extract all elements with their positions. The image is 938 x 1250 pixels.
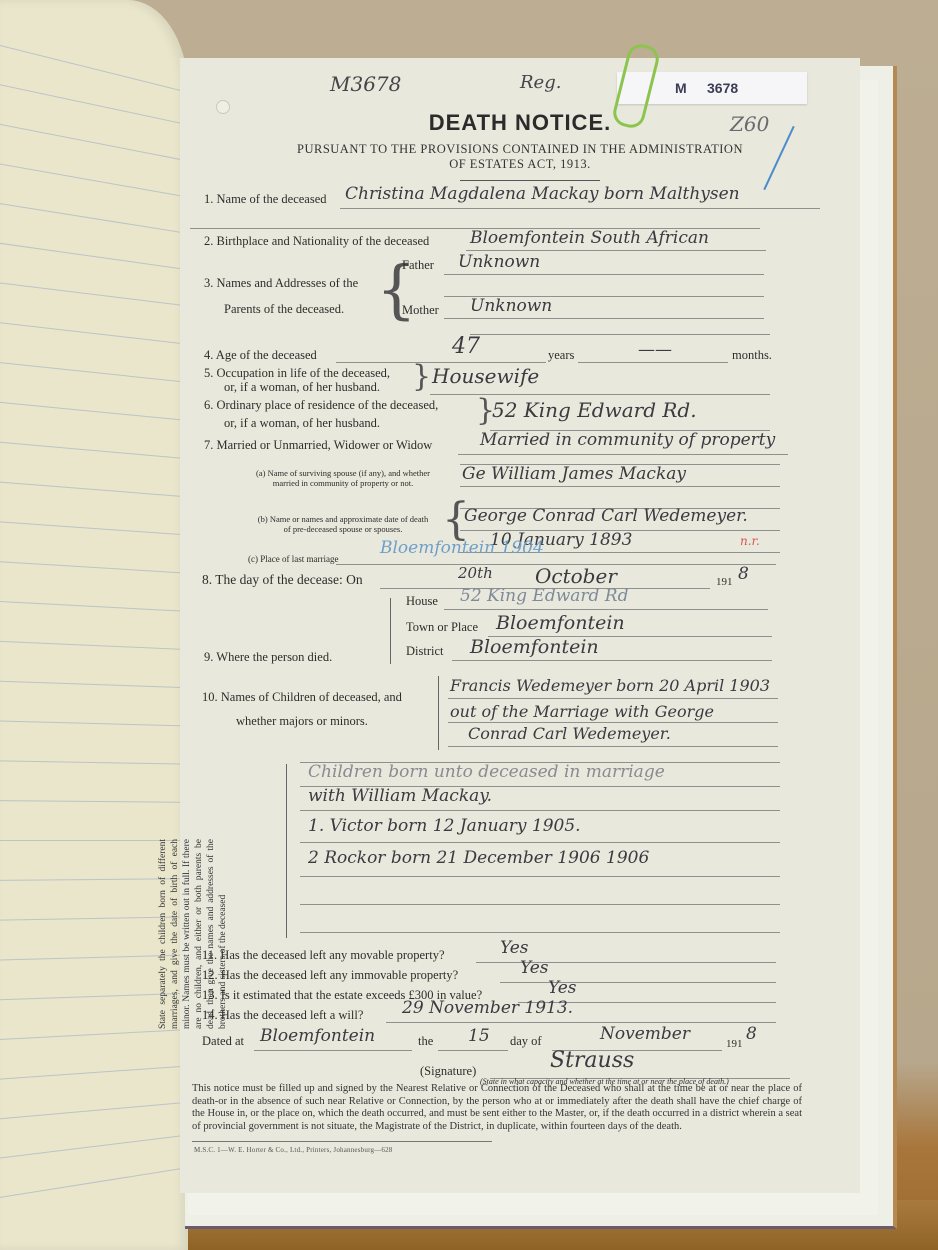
field-7-value[interactable]: Married in community of property xyxy=(480,430,775,450)
field-14-label: 14. Has the deceased left a will? xyxy=(202,1008,363,1023)
field-7c-label: (c) Place of last marriage xyxy=(248,554,338,564)
field-9-bracket xyxy=(390,598,391,664)
mother-label: Mother xyxy=(402,303,439,318)
field-12-label: 12. Has the deceased left any immovable … xyxy=(202,968,458,983)
field-14-line xyxy=(386,1022,776,1023)
field-10-value-line-1[interactable]: Francis Wedemeyer born 20 April 1903 xyxy=(450,676,770,695)
field-3-label-line-2: Parents of the deceased. xyxy=(224,302,344,317)
children-rule-4 xyxy=(300,876,780,877)
field-6-label-line-1: 6. Ordinary place of residence of the de… xyxy=(204,398,438,413)
field-2-label: 2. Birthplace and Nationality of the dec… xyxy=(204,234,429,249)
field-2-value[interactable]: Bloemfontein South African xyxy=(470,228,709,248)
field-4-label: 4. Age of the deceased xyxy=(204,348,317,363)
dated-year-suffix[interactable]: 8 xyxy=(746,1024,757,1044)
field-1-label: 1. Name of the deceased xyxy=(204,192,327,207)
dated-place-line xyxy=(254,1050,412,1051)
dated-place-value[interactable]: Bloemfontein xyxy=(260,1026,375,1046)
field-7a-label-line-1: (a) Name of surviving spouse (if any), a… xyxy=(248,468,438,478)
field-7a-label-line-2: married in community of property or not. xyxy=(248,478,438,488)
children-line-4[interactable]: 2 Rockor born 21 December 1906 1906 xyxy=(308,848,649,868)
field-7b-value-line-1[interactable]: George Conrad Carl Wedemeyer. xyxy=(464,506,748,526)
children-rule-6 xyxy=(300,932,780,933)
mother-value[interactable]: Unknown xyxy=(470,296,552,316)
field-5-brace: } xyxy=(412,362,431,392)
field-7b-label: (b) Name or names and approximate date o… xyxy=(248,514,438,534)
field-7b-label-line-1: (b) Name or names and approximate date o… xyxy=(248,514,438,524)
decease-day[interactable]: 20th xyxy=(458,564,493,582)
decease-year-prefix: 191 xyxy=(716,576,733,588)
handwritten-reference: M3678 xyxy=(330,72,401,96)
field-10-label-line-1: 10. Names of Children of deceased, and xyxy=(202,690,402,705)
field-6-value[interactable]: 52 King Edward Rd. xyxy=(492,398,697,422)
children-line-2[interactable]: with William Mackay. xyxy=(308,786,492,806)
field-7a-value[interactable]: Ge William James Mackay xyxy=(462,464,686,484)
field-10-line-3 xyxy=(448,746,778,747)
dated-month-value[interactable]: November xyxy=(600,1024,690,1044)
age-years-line xyxy=(336,362,546,363)
children-line-1[interactable]: Children born unto deceased in marriage xyxy=(308,762,665,782)
day-of-label: day of xyxy=(510,1034,542,1049)
field-7b-label-line-2: of pre-deceased spouse or spouses. xyxy=(248,524,438,534)
field-8-label: 8. The day of the decease: On xyxy=(202,572,363,588)
dated-year-prefix: 191 xyxy=(726,1038,743,1050)
field-12-line xyxy=(500,982,776,983)
father-label: Father xyxy=(402,258,434,273)
subtitle-line-2: OF ESTATES ACT, 1913. xyxy=(220,157,820,172)
field-6-label-line-2: or, if a woman, of her husband. xyxy=(224,416,380,431)
field-10-value-line-3[interactable]: Conrad Carl Wedemeyer. xyxy=(468,724,671,743)
district-value[interactable]: Bloemfontein xyxy=(470,636,599,658)
filing-instructions: This notice must be filled up and signed… xyxy=(192,1083,802,1133)
signature-label: (Signature) xyxy=(420,1064,476,1079)
field-7a-line xyxy=(460,486,780,487)
field-12-value[interactable]: Yes xyxy=(520,958,549,978)
archive-label-prefix: M xyxy=(675,80,687,96)
field-7c-value[interactable]: Bloemfontein 1904 xyxy=(380,538,544,558)
children-bracket xyxy=(286,764,287,938)
field-5-label-line-1: 5. Occupation in life of the deceased, xyxy=(204,366,390,381)
field-11-label: 11. Has the deceased left any movable pr… xyxy=(202,948,445,963)
dated-at-label: Dated at xyxy=(202,1034,244,1049)
field-7-label: 7. Married or Unmarried, Widower or Wido… xyxy=(204,438,432,453)
children-rule-3 xyxy=(300,842,780,843)
field-10-bracket xyxy=(438,676,439,750)
archive-label-number: 3678 xyxy=(707,80,738,96)
field-1-line xyxy=(340,208,820,209)
field-10-value-line-2[interactable]: out of the Marriage with George xyxy=(450,702,714,721)
field-7-line xyxy=(458,454,788,455)
field-1-value[interactable]: Christina Magdalena Mackay born Malthyse… xyxy=(345,184,740,204)
subtitle-line-1: PURSUANT TO THE PROVISIONS CONTAINED IN … xyxy=(220,142,820,157)
field-5-label-line-2: or, if a woman, of her husband. xyxy=(224,380,380,395)
field-10-line-2 xyxy=(448,722,778,723)
house-value[interactable]: 52 King Edward Rd xyxy=(460,586,628,606)
father-line xyxy=(444,274,764,275)
age-months-value[interactable]: —— xyxy=(638,340,672,360)
district-label: District xyxy=(406,644,444,659)
printer-imprint: M.S.C. 1—W. E. Horter & Co., Ltd., Print… xyxy=(194,1146,392,1154)
form-subtitle: PURSUANT TO THE PROVISIONS CONTAINED IN … xyxy=(220,142,820,172)
field-7a-label: (a) Name of surviving spouse (if any), a… xyxy=(248,468,438,488)
house-line xyxy=(444,609,768,610)
years-label: years xyxy=(548,348,574,363)
months-label: months. xyxy=(732,348,772,363)
death-notice-form: M3678 Reg. Z60 M 3678 DEATH NOTICE. PURS… xyxy=(180,58,860,1193)
title-divider xyxy=(460,180,600,181)
decease-year-suffix[interactable]: 8 xyxy=(738,564,749,584)
field-14-value[interactable]: 29 November 1913. xyxy=(402,998,573,1018)
children-rule-2 xyxy=(300,810,780,811)
mother-line xyxy=(444,318,764,319)
age-years-value[interactable]: 47 xyxy=(452,334,480,359)
field-10-label-line-2: whether majors or minors. xyxy=(236,714,368,729)
field-10-line-1 xyxy=(448,698,778,699)
children-rule-5 xyxy=(300,904,780,905)
father-value[interactable]: Unknown xyxy=(458,252,540,272)
form-title: DEATH NOTICE. xyxy=(180,110,860,136)
printer-divider xyxy=(192,1141,492,1142)
town-label: Town or Place xyxy=(406,620,478,635)
field-13-value[interactable]: Yes xyxy=(548,978,577,998)
the-label: the xyxy=(418,1034,433,1049)
decease-month[interactable]: October xyxy=(535,564,617,588)
field-2-line xyxy=(466,250,766,251)
district-line xyxy=(452,660,772,661)
field-5-value[interactable]: Housewife xyxy=(432,364,539,388)
dated-day-value[interactable]: 15 xyxy=(468,1026,490,1046)
age-months-line xyxy=(578,362,728,363)
field-7b-annotation: n.r. xyxy=(740,534,760,548)
children-line-3[interactable]: 1. Victor born 12 January 1905. xyxy=(308,816,581,836)
handwritten-reg: Reg. xyxy=(520,72,561,93)
field-9-label: 9. Where the person died. xyxy=(204,650,332,665)
town-value[interactable]: Bloemfontein xyxy=(496,612,625,634)
field-11-value[interactable]: Yes xyxy=(500,938,529,958)
signature-value[interactable]: Strauss xyxy=(550,1048,634,1073)
left-notebook-page xyxy=(0,0,188,1250)
house-label: House xyxy=(406,594,438,609)
field-4-top-line xyxy=(470,334,770,335)
dated-day-line xyxy=(438,1050,508,1051)
field-3-label-line-1: 3. Names and Addresses of the xyxy=(204,276,358,291)
